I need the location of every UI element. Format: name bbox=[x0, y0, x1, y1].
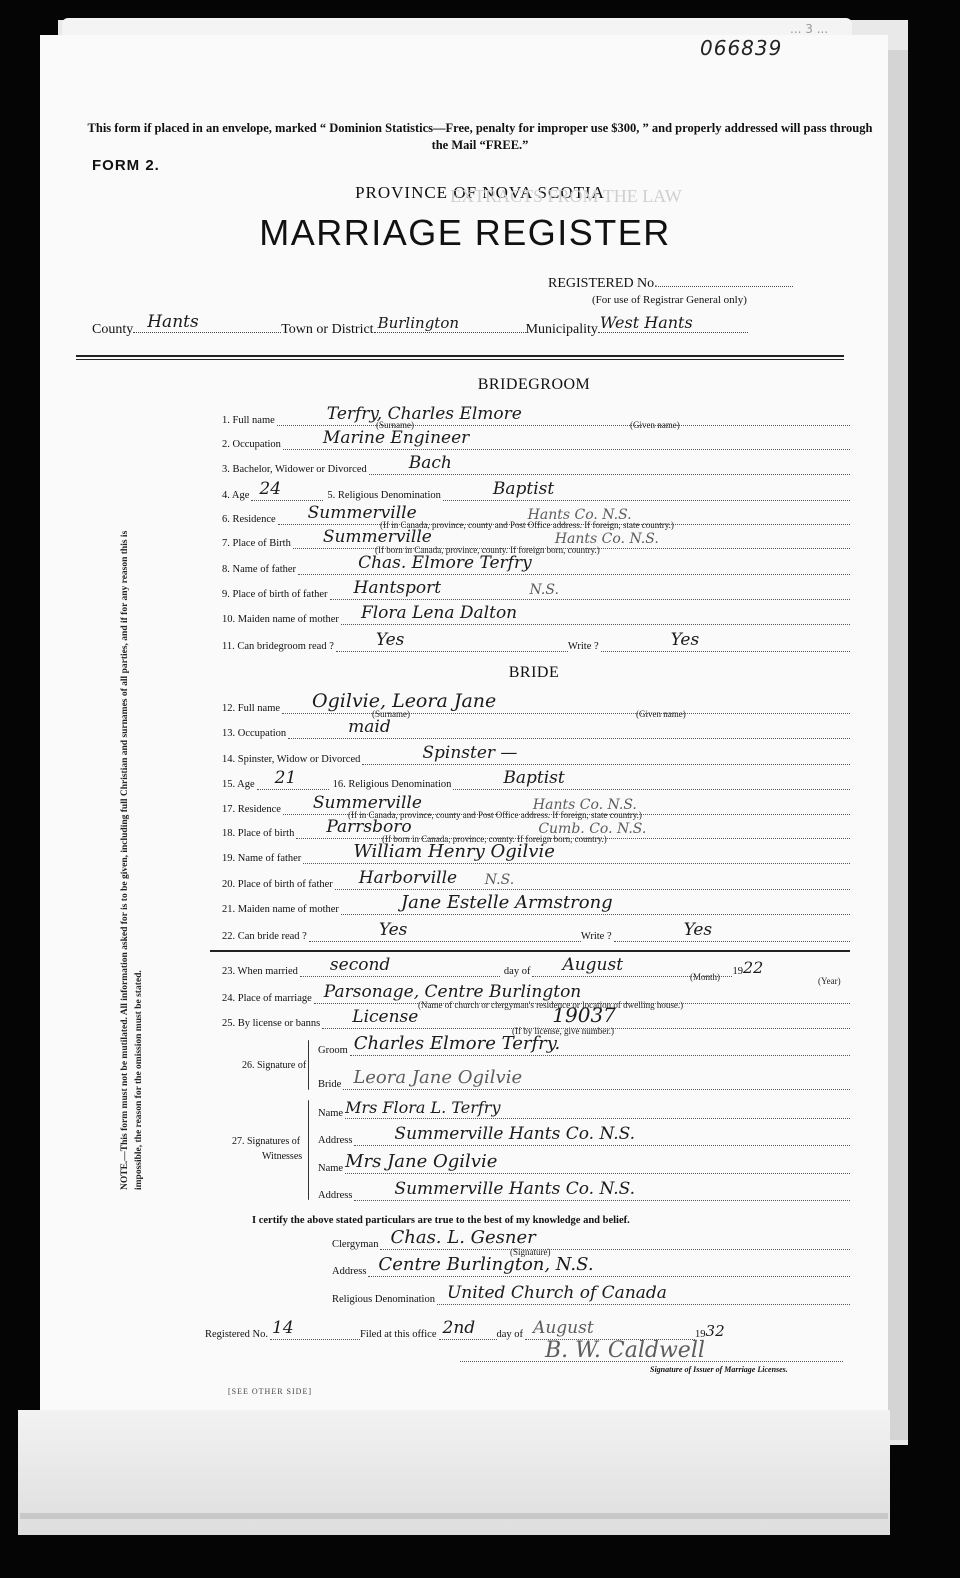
field-label: 17. Residence bbox=[222, 804, 281, 815]
clergyman-signature: Chas. L. Gesner bbox=[390, 1227, 535, 1248]
bride-age: 21 bbox=[275, 768, 297, 788]
field-label: 19. Name of father bbox=[222, 853, 301, 864]
field-label: Religious Denomination bbox=[332, 1294, 435, 1305]
bride-marital-status-row: 14. Spinster, Widow or Divorced Spinster… bbox=[222, 743, 850, 765]
filing-row: Registered No. 14 Filed at this office 2… bbox=[205, 1318, 860, 1340]
field-label: Bride bbox=[318, 1079, 341, 1090]
field-label: 1. Full name bbox=[222, 415, 275, 426]
bride-marital-status: Spinster — bbox=[422, 743, 517, 763]
bride-mother-maiden-name: Jane Estelle Armstrong bbox=[401, 892, 613, 913]
field-label: 21. Maiden name of mother bbox=[222, 904, 339, 915]
groom-denomination: Baptist bbox=[493, 479, 554, 499]
signature-label: 26. Signature of bbox=[242, 1060, 306, 1071]
groom-marital-status: Bach bbox=[409, 453, 452, 473]
field-label: Registered No. bbox=[205, 1329, 268, 1340]
field-label: Address bbox=[318, 1190, 352, 1201]
back-sheet-edge bbox=[888, 50, 908, 1440]
bride-father-name: William Henry Ogilvie bbox=[353, 841, 555, 862]
bride-occupation-row: 13. Occupation maid bbox=[222, 717, 850, 739]
license-number: 19037 bbox=[552, 1003, 616, 1027]
location-row: CountyHantsTown or DistrictBurlingtonMun… bbox=[92, 322, 748, 338]
bride-father-province: N.S. bbox=[485, 872, 514, 888]
bride-father-birthplace-row: 20. Place of birth of father Harborville… bbox=[222, 868, 850, 890]
section-divider bbox=[210, 950, 850, 952]
registered-number-field: REGISTERED No. bbox=[548, 276, 793, 292]
field-label: 8. Name of father bbox=[222, 564, 296, 575]
groom-signature: Charles Elmore Terfry. bbox=[354, 1033, 560, 1054]
bride-can-write: Yes bbox=[684, 920, 713, 940]
clergyman-address: Centre Burlington, N.S. bbox=[378, 1254, 593, 1275]
marriage-day: second bbox=[330, 955, 390, 975]
paper-bottom-edge bbox=[20, 1513, 888, 1519]
clergyman-denomination: United Church of Canada bbox=[447, 1283, 667, 1303]
field-label: 3. Bachelor, Widower or Divorced bbox=[222, 464, 367, 475]
field-label: Name bbox=[318, 1108, 343, 1119]
groom-father-province: N.S. bbox=[530, 582, 559, 598]
bride-signature-row: Bride Leora Jane Ogilvie bbox=[318, 1068, 850, 1090]
bride-full-name-row: 12. Full name Ogilvie, Leora Jane bbox=[222, 692, 850, 714]
municipality-label: Municipality bbox=[526, 322, 598, 337]
bleed-through-heading: EXTRACTS FROM THE LAW bbox=[450, 186, 682, 207]
witness-2-address: Summerville Hants Co. N.S. bbox=[394, 1179, 635, 1199]
witness-1-name-row: Name Mrs Flora L. Terfry bbox=[318, 1097, 850, 1119]
witness-2-address-row: Address Summerville Hants Co. N.S. bbox=[318, 1179, 850, 1201]
field-label: 20. Place of birth of father bbox=[222, 879, 333, 890]
municipality-value: West Hants bbox=[600, 313, 693, 332]
field-label: Write ? bbox=[568, 641, 599, 652]
groom-father-birthplace: Hantsport bbox=[354, 578, 442, 598]
certification-statement: I certify the above stated particulars a… bbox=[252, 1215, 630, 1226]
field-label: day of bbox=[504, 966, 531, 977]
witness-2-name: Mrs Jane Ogilvie bbox=[345, 1151, 497, 1172]
field-label: 5. Religious Denomination bbox=[327, 490, 440, 501]
witness-label: 27. Signatures of bbox=[232, 1136, 300, 1147]
page-title: MARRIAGE REGISTER bbox=[0, 212, 930, 254]
registered-number-label: REGISTERED No. bbox=[548, 276, 658, 291]
filed-day: 2nd bbox=[443, 1318, 476, 1338]
groom-literacy-row: 11. Can bridegroom read ? Yes Write ? Ye… bbox=[222, 630, 850, 652]
reference-number: 066839 bbox=[700, 36, 782, 60]
groom-birthplace: Summerville bbox=[323, 527, 432, 547]
license-or-banns: License bbox=[352, 1007, 418, 1027]
groom-age-denomination-row: 4. Age 24 5. Religious Denomination Bapt… bbox=[222, 479, 850, 501]
bride-denomination: Baptist bbox=[503, 768, 564, 788]
field-label: 11. Can bridegroom read ? bbox=[222, 641, 334, 652]
form-number: FORM 2. bbox=[92, 157, 160, 174]
county-label: County bbox=[92, 322, 133, 337]
field-label: 12. Full name bbox=[222, 703, 280, 714]
field-label: Write ? bbox=[581, 931, 612, 942]
groom-can-write: Yes bbox=[671, 630, 700, 650]
bridegroom-heading: BRIDEGROOM bbox=[0, 376, 960, 394]
registrar-note: (For use of Registrar General only) bbox=[592, 294, 747, 306]
field-label: 9. Place of birth of father bbox=[222, 589, 328, 600]
bride-father-birthplace: Harborville bbox=[359, 868, 457, 888]
field-label: 13. Occupation bbox=[222, 728, 286, 739]
field-label: 4. Age bbox=[222, 490, 249, 501]
district-label: Town or District bbox=[281, 322, 373, 337]
bride-age-denomination-row: 15. Age 21 16. Religious Denomination Ba… bbox=[222, 768, 850, 790]
field-label: 18. Place of birth bbox=[222, 828, 294, 839]
groom-marital-status-row: 3. Bachelor, Widower or Divorced Bach bbox=[222, 453, 850, 475]
groom-occupation-row: 2. Occupation Marine Engineer bbox=[222, 428, 850, 450]
clergy-address-row: Address Centre Burlington, N.S. bbox=[332, 1255, 850, 1277]
bride-father-row: 19. Name of father William Henry Ogilvie bbox=[222, 842, 850, 864]
groom-age: 24 bbox=[259, 479, 281, 499]
groom-occupation: Marine Engineer bbox=[323, 428, 469, 448]
field-label: Clergyman bbox=[332, 1239, 378, 1250]
bride-can-read: Yes bbox=[379, 920, 408, 940]
faint-ref-number: ... 3 ... bbox=[790, 22, 828, 36]
witness-1-address: Summerville Hants Co. N.S. bbox=[394, 1124, 635, 1144]
bride-heading: BRIDE bbox=[0, 664, 960, 682]
field-label: Groom bbox=[318, 1045, 348, 1056]
field-label: Filed at this office bbox=[360, 1329, 437, 1340]
marriage-year: 22 bbox=[743, 958, 763, 977]
groom-mother-row: 10. Maiden name of mother Flora Lena Dal… bbox=[222, 603, 850, 625]
bride-mother-row: 21. Maiden name of mother Jane Estelle A… bbox=[222, 893, 850, 915]
clergyman-row: Clergyman Chas. L. Gesner bbox=[332, 1228, 850, 1250]
field-label: 16. Religious Denomination bbox=[333, 779, 452, 790]
field-label: 6. Residence bbox=[222, 514, 276, 525]
filed-month: August bbox=[533, 1318, 594, 1338]
month-caption: (Month) bbox=[690, 972, 720, 982]
groom-father-name: Chas. Elmore Terfry bbox=[358, 553, 532, 573]
field-label: day of bbox=[497, 1329, 524, 1340]
groom-mother-maiden-name: Flora Lena Dalton bbox=[361, 603, 517, 623]
field-label: 24. Place of marriage bbox=[222, 993, 312, 1004]
witness-brace bbox=[308, 1100, 309, 1200]
field-label: 22. Can bride read ? bbox=[222, 931, 307, 942]
field-label: Name bbox=[318, 1163, 343, 1174]
bride-literacy-row: 22. Can bride read ? Yes Write ? Yes bbox=[222, 920, 850, 942]
year-prefix: 19 bbox=[732, 966, 743, 977]
field-label: 25. By license or banns bbox=[222, 1018, 320, 1029]
groom-father-row: 8. Name of father Chas. Elmore Terfry bbox=[222, 553, 850, 575]
witness-label-2: Witnesses bbox=[262, 1151, 302, 1162]
bride-occupation: maid bbox=[348, 717, 391, 737]
header-divider bbox=[76, 355, 844, 360]
witness-2-name-row: Name Mrs Jane Ogilvie bbox=[318, 1152, 850, 1174]
groom-can-read: Yes bbox=[376, 630, 405, 650]
side-note: NOTE.—This form must not be mutilated. A… bbox=[118, 510, 146, 1190]
field-label: Address bbox=[332, 1266, 366, 1277]
field-label: Address bbox=[318, 1135, 352, 1146]
place-of-marriage: Parsonage, Centre Burlington bbox=[324, 982, 581, 1002]
groom-father-birthplace-row: 9. Place of birth of father HantsportN.S… bbox=[222, 578, 850, 600]
groom-signature-row: Groom Charles Elmore Terfry. bbox=[318, 1034, 850, 1056]
field-label: 10. Maiden name of mother bbox=[222, 614, 339, 625]
field-label: 7. Place of Birth bbox=[222, 538, 291, 549]
county-value: Hants bbox=[147, 312, 198, 332]
clergy-denomination-row: Religious Denomination United Church of … bbox=[332, 1283, 850, 1305]
groom-full-name: Terfry, Charles Elmore bbox=[327, 404, 522, 424]
mail-notice: This form if placed in an envelope, mark… bbox=[80, 120, 880, 154]
issuer-caption: Signature of Issuer of Marriage Licenses… bbox=[650, 1365, 788, 1374]
see-other-side-note: [SEE OTHER SIDE] bbox=[228, 1387, 312, 1396]
issuer-signature: B. W. Caldwell bbox=[545, 1338, 705, 1363]
field-label: 15. Age bbox=[222, 779, 255, 790]
signature-brace bbox=[308, 1040, 309, 1090]
field-label: 23. When married bbox=[222, 966, 298, 977]
witness-1-address-row: Address Summerville Hants Co. N.S. bbox=[318, 1124, 850, 1146]
witness-1-name: Mrs Flora L. Terfry bbox=[345, 1098, 500, 1117]
bride-signature: Leora Jane Ogilvie bbox=[353, 1067, 522, 1088]
groom-full-name-row: 1. Full name Terfry, Charles Elmore bbox=[222, 404, 850, 426]
when-married-row: 23. When married second day of August 19… bbox=[222, 955, 850, 977]
registered-number: 14 bbox=[272, 1318, 294, 1338]
filed-year: 32 bbox=[706, 1322, 725, 1340]
field-label: 2. Occupation bbox=[222, 439, 281, 450]
district-value: Burlington bbox=[378, 314, 459, 332]
field-label: 14. Spinster, Widow or Divorced bbox=[222, 754, 360, 765]
marriage-month: August bbox=[562, 955, 623, 975]
